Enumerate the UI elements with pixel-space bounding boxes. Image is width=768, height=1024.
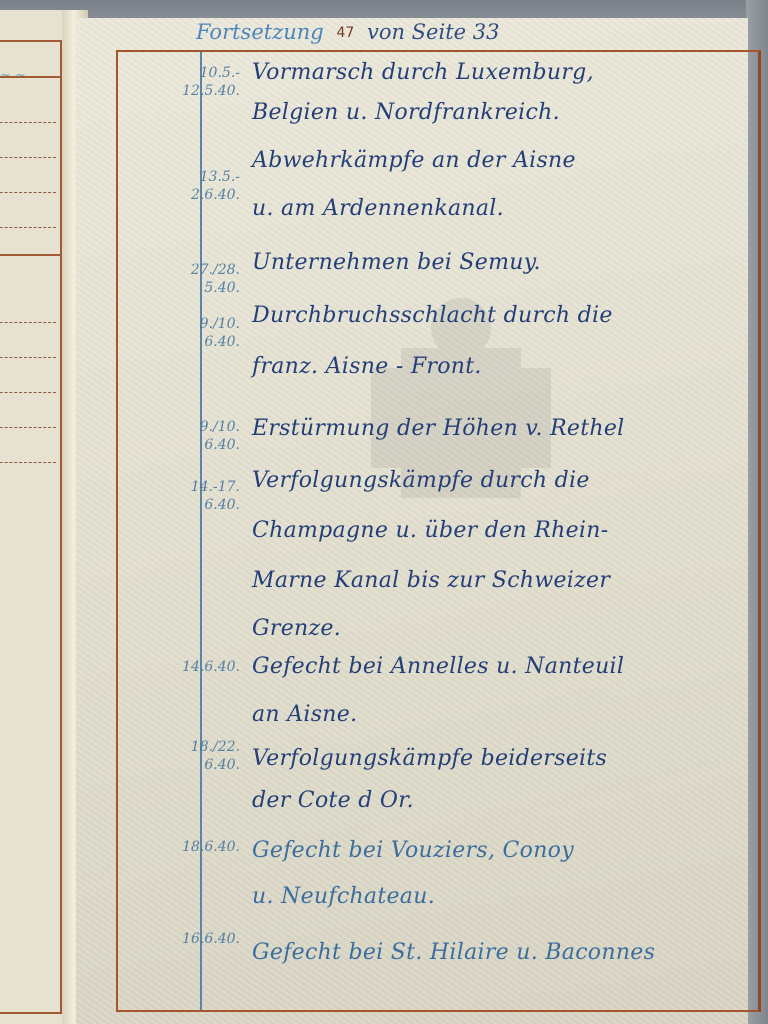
page-number: 47 (336, 25, 354, 41)
entry-text-line: Vormarsch durch Luxemburg, (252, 60, 768, 85)
left-page: ~ ~ (0, 10, 70, 1024)
date-line: 27./28. (162, 261, 240, 279)
date-line: 6.40. (162, 436, 240, 454)
entry-date: 9./10. 6.40. (162, 418, 240, 454)
dotted-rule (0, 322, 56, 323)
dotted-rule (0, 392, 56, 393)
entry-date: 14.-17. 6.40. (162, 478, 240, 514)
entry-text-line: u. am Ardennenkanal. (252, 196, 768, 221)
dotted-rule (0, 427, 56, 428)
entry-text-line: Marne Kanal bis zur Schweizer (252, 568, 768, 593)
date-line: 14.-17. (162, 478, 240, 496)
entry-text-line: Gefecht bei St. Hilaire u. Baconnes (252, 940, 768, 965)
page-header: Fortsetzung 47 von Seite 33 (196, 20, 716, 54)
dotted-rule (0, 227, 56, 228)
date-line: 9./10. (162, 418, 240, 436)
entry-text-line: u. Neufchateau. (252, 884, 768, 909)
entry-text-line: an Aisne. (252, 702, 768, 727)
date-line: 6.40. (162, 333, 240, 351)
date-line: 2.6.40. (162, 186, 240, 204)
entry-text-line: Grenze. (252, 616, 768, 641)
entry-text-line: Unternehmen bei Semuy. (252, 250, 768, 275)
entry-date: 14.6.40. (162, 658, 240, 676)
left-page-section-rule (0, 254, 60, 256)
dotted-rule (0, 157, 56, 158)
date-line: 5.40. (162, 279, 240, 297)
document-page: Fortsetzung 47 von Seite 33 10.5.- 12.5.… (76, 18, 748, 1024)
entry-date: 18.6.40. (162, 838, 240, 856)
date-line: 18./22. (162, 738, 240, 756)
date-line: 12.5.40. (162, 82, 240, 100)
date-line: 14.6.40. (162, 658, 240, 676)
entry-date: 10.5.- 12.5.40. (162, 64, 240, 100)
dotted-rule (0, 122, 56, 123)
date-line: 9./10. (162, 315, 240, 333)
header-prefix: Fortsetzung (196, 20, 324, 44)
entry-date: 16.6.40. (162, 930, 240, 948)
entry-text-line: Verfolgungskämpfe durch die (252, 468, 768, 493)
entry-date: 27./28. 5.40. (162, 261, 240, 297)
entry-text-line: Gefecht bei Annelles u. Nanteuil (252, 654, 768, 679)
entry-date: 13.5.- 2.6.40. (162, 168, 240, 204)
date-line: 6.40. (162, 496, 240, 514)
date-line: 13.5.- (162, 168, 240, 186)
entry-text-line: Erstürmung der Höhen v. Rethel (252, 416, 768, 441)
header-suffix: von Seite 33 (367, 20, 500, 44)
dotted-rule (0, 357, 56, 358)
entry-date: 9./10. 6.40. (162, 315, 240, 351)
date-line: 18.6.40. (162, 838, 240, 856)
entry-text-line: Durchbruchsschlacht durch die (252, 303, 768, 328)
entry-text-line: Belgien u. Nordfrankreich. (252, 100, 768, 125)
date-line: 6.40. (162, 756, 240, 774)
entry-date: 18./22. 6.40. (162, 738, 240, 774)
entry-text-line: franz. Aisne - Front. (252, 354, 768, 379)
dotted-rule (0, 462, 56, 463)
date-line: 10.5.- (162, 64, 240, 82)
left-page-handwriting: ~ ~ (0, 68, 50, 98)
entry-text-line: Champagne u. über den Rhein- (252, 518, 768, 543)
entry-text-line: der Cote d Or. (252, 788, 768, 813)
left-page-frame (0, 40, 62, 1014)
entry-text-line: Verfolgungskämpfe beiderseits (252, 746, 768, 771)
entry-text-line: Gefecht bei Vouziers, Conoy (252, 838, 768, 863)
entry-text-line: Abwehrkämpfe an der Aisne (252, 148, 768, 173)
date-line: 16.6.40. (162, 930, 240, 948)
dotted-rule (0, 192, 56, 193)
